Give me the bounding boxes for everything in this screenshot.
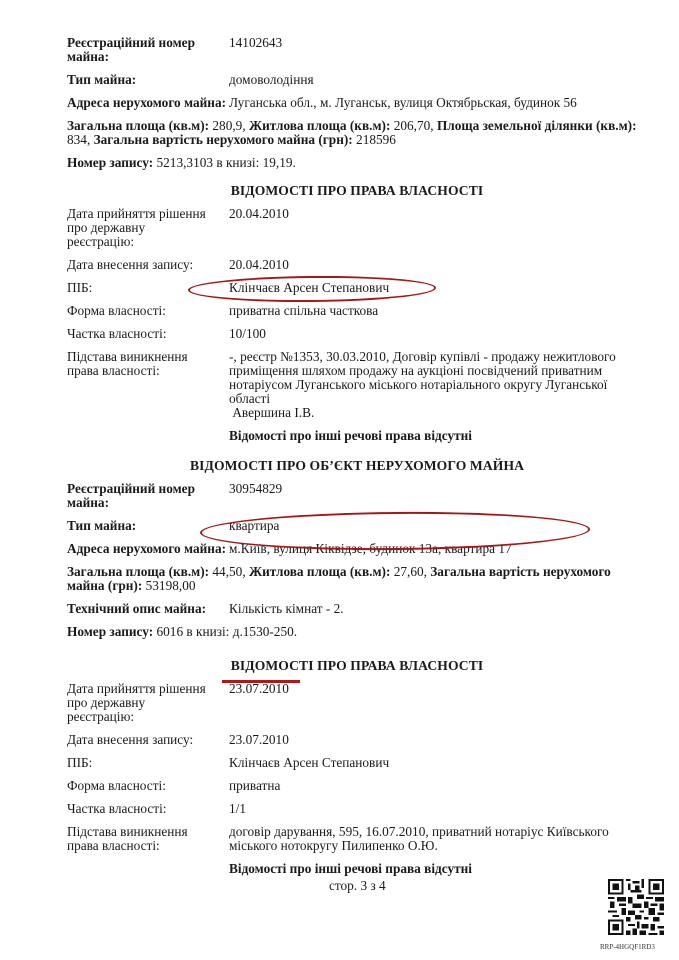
ownership-share-row: Частка власності: 10/100 xyxy=(67,327,647,341)
area-info: Загальна площа (кв.м): 280,9, Житлова пл… xyxy=(67,119,647,147)
ownership-form-row: Форма власності: приватна спільна частко… xyxy=(67,304,647,318)
owner-name-value: Клінчаєв Арсен Степанович xyxy=(229,756,647,770)
ownership-form-label: Форма власності: xyxy=(67,304,229,318)
living-area-value: 206,70, xyxy=(390,118,437,133)
owner-name-row: ПІБ: Клінчаєв Арсен Степанович xyxy=(67,756,647,770)
basis-line: приміщення шляхом продажу на аукціоні по… xyxy=(229,364,647,378)
property-type-label: Тип майна: xyxy=(67,519,229,533)
total-area-label: Загальна площа (кв.м): xyxy=(67,118,209,133)
reg-number-row: Реєстраційний номер майна: 14102643 xyxy=(67,36,647,64)
decision-date-value: 20.04.2010 xyxy=(229,207,647,249)
reg-number-label: Реєстраційний номер майна: xyxy=(67,482,229,510)
ownership-share-label: Частка власності: xyxy=(67,802,229,816)
decision-date-label: Дата прийняття рішення про державну реєс… xyxy=(67,207,229,249)
basis-line: Авершина І.В. xyxy=(229,406,647,420)
owner-name-row: ПІБ: Клінчаєв Арсен Степанович xyxy=(67,281,647,295)
living-area-label: Житлова площа (кв.м): xyxy=(249,118,390,133)
reg-number-value: 30954829 xyxy=(229,482,647,510)
decision-date-label: Дата прийняття рішення про державну реєс… xyxy=(67,682,229,724)
owner-name-label: ПІБ: xyxy=(67,756,229,770)
reg-number-row: Реєстраційний номер майна: 30954829 xyxy=(67,482,647,510)
total-value-label: Загальна вартість нерухомого майна (грн)… xyxy=(94,132,353,147)
basis-line: міського нотокругу Пилипенко О.Ю. xyxy=(229,839,647,853)
highlight-underline-decision-date xyxy=(222,680,300,683)
entry-date-value: 23.07.2010 xyxy=(229,733,647,747)
area-info: Загальна площа (кв.м): 44,50, Житлова пл… xyxy=(67,565,647,593)
owner-name-value: Клінчаєв Арсен Степанович xyxy=(229,281,647,295)
ownership-share-row: Частка власності: 1/1 xyxy=(67,802,647,816)
ownership-form-label: Форма власності: xyxy=(67,779,229,793)
property-type-value: квартира xyxy=(229,519,647,533)
address-row: Адреса нерухомого майна: Луганська обл.,… xyxy=(67,96,647,110)
ownership-basis-label: Підстава виникнення права власності: xyxy=(67,350,229,420)
tech-description-value: Кількість кімнат - 2. xyxy=(229,602,647,616)
record-number-label: Номер запису: xyxy=(67,624,153,639)
ownership-basis-value: договір дарування, 595, 16.07.2010, прив… xyxy=(229,825,647,853)
ownership-basis-value: -, реєстр №1353, 30.03.2010, Договір куп… xyxy=(229,350,647,420)
reg-number-label: Реєстраційний номер майна: xyxy=(67,36,229,64)
basis-line: -, реєстр №1353, 30.03.2010, Договір куп… xyxy=(229,350,647,364)
other-rights-note: Відомості про інші речові права відсутні xyxy=(229,429,647,443)
address-row: Адреса нерухомого майна: м.Київ, вулиця … xyxy=(67,542,647,556)
section-heading-ownership-rights: ВІДОМОСТІ ПРО ПРАВА ВЛАСНОСТІ xyxy=(67,184,647,198)
living-area-value: 27,60, xyxy=(390,564,430,579)
entry-date-row: Дата внесення запису: 20.04.2010 xyxy=(67,258,647,272)
page-number: стор. 3 з 4 xyxy=(329,879,386,893)
tech-description-row: Технічний опис майна: Кількість кімнат -… xyxy=(67,602,647,616)
document-page: Реєстраційний номер майна: 14102643 Тип … xyxy=(67,36,647,885)
tech-description-label: Технічний опис майна: xyxy=(67,602,229,616)
basis-line: області xyxy=(229,392,647,406)
section-heading-property-object: ВІДОМОСТІ ПРО ОБ’ЄКТ НЕРУХОМОГО МАЙНА xyxy=(67,459,647,473)
other-rights-note: Відомості про інші речові права відсутні xyxy=(229,862,647,876)
property-type-value: домоволодіння xyxy=(229,73,647,87)
entry-date-row: Дата внесення запису: 23.07.2010 xyxy=(67,733,647,747)
address-label: Адреса нерухомого майна: xyxy=(67,96,229,110)
ownership-basis-label: Підстава виникнення права власності: xyxy=(67,825,229,853)
total-area-value: 280,9, xyxy=(209,118,249,133)
qr-code-id: RRP-4HGQF1RD3 xyxy=(600,940,655,954)
ownership-share-value: 1/1 xyxy=(229,802,647,816)
total-value-value: 218596 xyxy=(353,132,396,147)
entry-date-label: Дата внесення запису: xyxy=(67,733,229,747)
property-type-label: Тип майна: xyxy=(67,73,229,87)
reg-number-value: 14102643 xyxy=(229,36,647,64)
record-number-value: 6016 в книзі: д.1530-250. xyxy=(153,624,297,639)
ownership-form-row: Форма власності: приватна xyxy=(67,779,647,793)
property-type-row: Тип майна: домоволодіння xyxy=(67,73,647,87)
record-number-label: Номер запису: xyxy=(67,155,153,170)
address-value: Луганська обл., м. Луганськ, вулиця Октя… xyxy=(229,96,647,110)
basis-line: договір дарування, 595, 16.07.2010, прив… xyxy=(229,825,647,839)
record-number: Номер запису: 6016 в книзі: д.1530-250. xyxy=(67,625,647,639)
ownership-basis-row: Підстава виникнення права власності: -, … xyxy=(67,350,647,420)
total-value-value: 53198,00 xyxy=(142,578,195,593)
entry-date-value: 20.04.2010 xyxy=(229,258,647,272)
ownership-form-value: приватна спільна часткова xyxy=(229,304,647,318)
section-heading-ownership-rights: ВІДОМОСТІ ПРО ПРАВА ВЛАСНОСТІ xyxy=(67,659,647,673)
ownership-basis-row: Підстава виникнення права власності: дог… xyxy=(67,825,647,853)
land-area-value: 834, xyxy=(67,132,94,147)
ownership-share-label: Частка власності: xyxy=(67,327,229,341)
record-number-value: 5213,3103 в книзі: 19,19. xyxy=(153,155,296,170)
total-area-label: Загальна площа (кв.м): xyxy=(67,564,209,579)
ownership-form-value: приватна xyxy=(229,779,647,793)
total-area-value: 44,50, xyxy=(209,564,249,579)
decision-date-row: Дата прийняття рішення про державну реєс… xyxy=(67,207,647,249)
qr-code-icon xyxy=(608,879,664,935)
entry-date-label: Дата внесення запису: xyxy=(67,258,229,272)
address-label: Адреса нерухомого майна: xyxy=(67,542,229,556)
living-area-label: Житлова площа (кв.м): xyxy=(249,564,390,579)
owner-name-label: ПІБ: xyxy=(67,281,229,295)
land-area-label: Площа земельної ділянки (кв.м): xyxy=(437,118,637,133)
decision-date-row: Дата прийняття рішення про державну реєс… xyxy=(67,682,647,724)
record-number: Номер запису: 5213,3103 в книзі: 19,19. xyxy=(67,156,647,170)
basis-line: нотаріусом Луганського міського нотаріал… xyxy=(229,378,647,392)
address-value: м.Київ, вулиця Кіквідзе, будинок 13а, кв… xyxy=(229,542,647,556)
ownership-share-value: 10/100 xyxy=(229,327,647,341)
property-type-row: Тип майна: квартира xyxy=(67,519,647,533)
decision-date-value: 23.07.2010 xyxy=(229,682,647,724)
